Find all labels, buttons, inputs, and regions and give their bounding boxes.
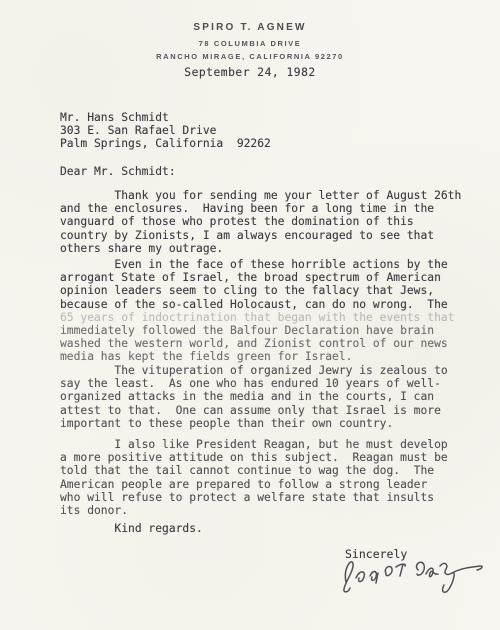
letterhead-name: SPIRO T. AGNEW [0, 22, 500, 33]
signature-handwriting-icon [334, 552, 486, 604]
letterhead-street: 78 COLUMBIA DRIVE [0, 39, 500, 48]
letter-page: SPIRO T. AGNEW 78 COLUMBIA DRIVE RANCHO … [0, 0, 500, 630]
paragraph-2-semi-faded-lines: immediately followed the Balfour Declara… [60, 324, 454, 364]
letterhead-city: RANCHO MIRAGE, CALIFORNIA 92270 [0, 52, 500, 61]
date-line: September 24, 1982 [0, 66, 500, 79]
salutation: Dear Mr. Schmidt: [60, 165, 176, 178]
body-paragraph-1: Thank you for sending me your letter of … [60, 189, 461, 255]
body-paragraph-3: The vituperation of organized Jewry is z… [60, 364, 448, 430]
body-paragraph-4: I also like President Reagan, but he mus… [60, 438, 448, 517]
paragraph-2-faded-line: 65 years of indoctrination that began wi… [60, 311, 454, 324]
body-paragraph-2: Even in the face of these horrible actio… [60, 258, 454, 364]
closing-line: Kind regards. [60, 522, 203, 535]
paragraph-2-clear-lines: Even in the face of these horrible actio… [60, 258, 454, 311]
signature-scrawl [334, 552, 486, 604]
recipient-address: Mr. Hans Schmidt 303 E. San Rafael Drive… [60, 111, 271, 151]
